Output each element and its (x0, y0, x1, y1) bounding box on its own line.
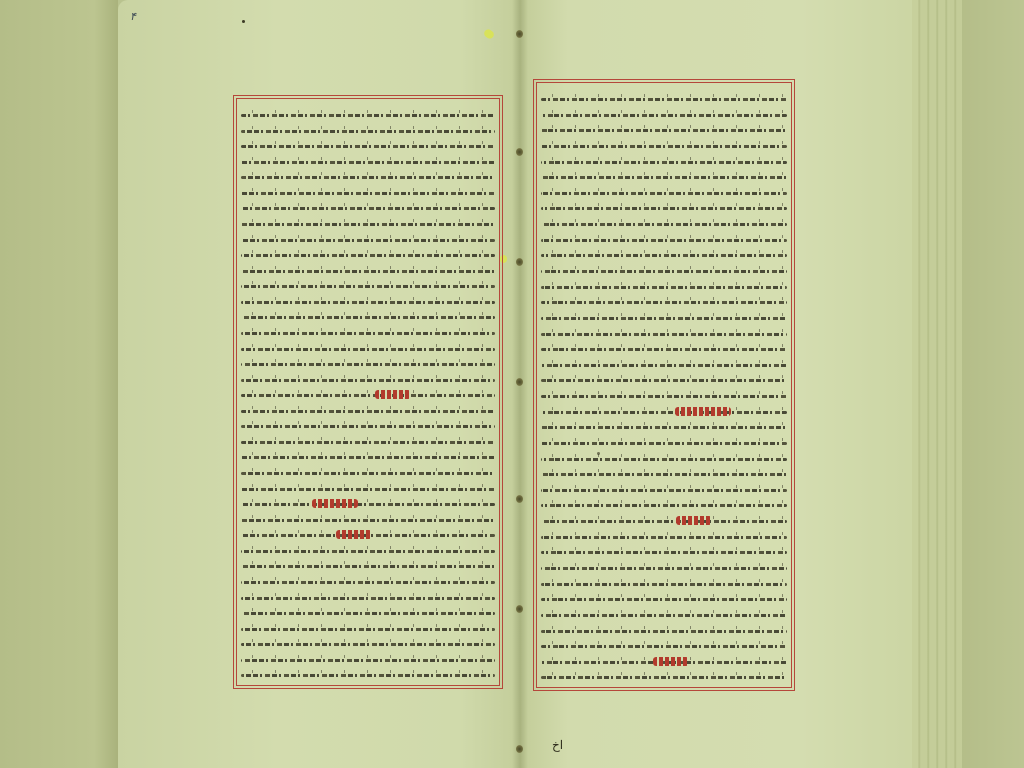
text-line (241, 348, 495, 351)
text-line (541, 176, 787, 179)
text-line (541, 145, 787, 148)
catchword: اخ (552, 738, 563, 752)
text-line (541, 583, 787, 586)
text-line (241, 581, 495, 584)
text-line (541, 630, 787, 633)
binding-hole (516, 605, 523, 613)
text-line (541, 254, 787, 257)
text-line (541, 614, 787, 617)
text-line (241, 285, 495, 288)
folio-mark: ۴ (130, 10, 136, 23)
text-line (541, 239, 787, 242)
text-line (241, 145, 495, 148)
binding-thread (500, 255, 507, 263)
rubric-heading (336, 530, 372, 539)
text-line (541, 192, 787, 195)
text-line (541, 426, 787, 429)
text-line (241, 410, 495, 413)
rubric-heading (675, 407, 731, 416)
text-line (241, 597, 495, 600)
binding-hole (516, 30, 523, 38)
text-line (241, 130, 495, 133)
text-line (541, 301, 787, 304)
text-line (541, 270, 787, 273)
text-line (541, 333, 787, 336)
text-line (241, 161, 495, 164)
text-line (541, 676, 787, 679)
text-line (241, 472, 495, 475)
text-line (241, 114, 495, 117)
text-line (541, 379, 787, 382)
text-line (241, 503, 495, 506)
text-line (541, 645, 787, 648)
text-line (241, 192, 495, 195)
text-line (541, 567, 787, 570)
text-line (541, 473, 787, 476)
text-line (241, 223, 495, 226)
binding-hole (516, 378, 523, 386)
text-line (541, 348, 787, 351)
right-text-block (536, 82, 792, 688)
text-line (241, 565, 495, 568)
text-line (541, 129, 787, 132)
text-line (241, 659, 495, 662)
page-edges (912, 0, 962, 768)
text-line (241, 316, 495, 319)
text-line (541, 489, 787, 492)
text-line (541, 223, 787, 226)
binding-hole (516, 258, 523, 266)
text-line (241, 519, 495, 522)
text-line (241, 550, 495, 553)
text-line (541, 536, 787, 539)
text-line (241, 301, 495, 304)
text-line (241, 207, 495, 210)
binding-hole (516, 148, 523, 156)
text-line (241, 270, 495, 273)
ink-speck (242, 20, 245, 23)
text-line (541, 286, 787, 289)
left-text-block (236, 98, 500, 686)
text-line (541, 317, 787, 320)
text-line (241, 674, 495, 677)
text-line (541, 442, 787, 445)
text-line (241, 332, 495, 335)
text-line (541, 411, 787, 414)
text-line (241, 425, 495, 428)
text-line (541, 504, 787, 507)
text-line (541, 114, 787, 117)
text-line (541, 98, 787, 101)
binding-hole (516, 495, 523, 503)
text-line (541, 364, 787, 367)
text-line (241, 379, 495, 382)
text-line (241, 363, 495, 366)
text-line (241, 394, 495, 397)
text-line (241, 643, 495, 646)
text-line (241, 176, 495, 179)
text-line (241, 612, 495, 615)
text-line (241, 628, 495, 631)
rubric-heading (653, 657, 689, 666)
text-line (241, 254, 495, 257)
text-line (541, 458, 787, 461)
text-line (241, 441, 495, 444)
rubric-heading (375, 390, 411, 399)
binding-hole (516, 745, 523, 753)
text-line (541, 598, 787, 601)
rubric-heading (312, 499, 358, 508)
text-line (241, 239, 495, 242)
rubric-heading (676, 516, 712, 525)
text-line (541, 395, 787, 398)
text-line (541, 551, 787, 554)
text-line (241, 456, 495, 459)
text-line (541, 520, 787, 523)
background-left (0, 0, 118, 768)
text-line (241, 488, 495, 491)
text-line (541, 207, 787, 210)
text-line (541, 161, 787, 164)
